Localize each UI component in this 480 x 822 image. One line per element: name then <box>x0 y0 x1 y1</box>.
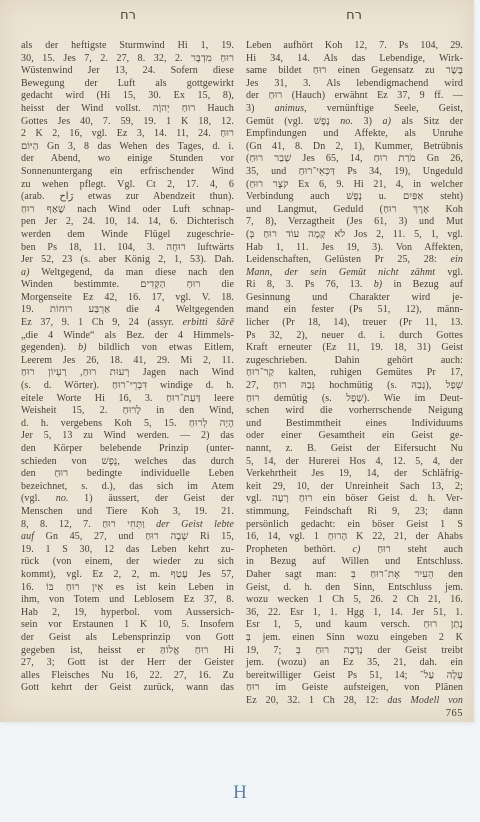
text-line: (vgl. no. 1) äussert, der Geist der <box>21 493 234 506</box>
text-line: 8, 8. 12, 7. וַתְּחִי רוּחַ der Geist le… <box>21 519 234 532</box>
text-line: mand ein fester (Ps 51, 12), männ- <box>246 304 463 317</box>
text-line: Mann, der sein Gemüt nicht zähmt vgl. <box>246 267 463 280</box>
text-line: Gott kehrt der Geist zurück, wann das <box>21 682 234 695</box>
text-line: Gemüt (vgl. נֶפֶשׁ no. 3) a) als Sitz de… <box>246 116 463 129</box>
text-line: Ez 20, 32. 1 Ch 28, 12: das Modell von <box>246 695 463 708</box>
text-line: Daher sagt man: הֵעִיר אֶת־רוּחַ בְּ den <box>246 569 463 582</box>
text-line: 5, 14, der Hurerei Hos 4, 12. 5, 4, der <box>246 456 463 469</box>
text-line: (Gn 41, 8. Dn 2, 1), Kummer, Betrübnis <box>246 141 463 154</box>
text-line: zu wehen pflegt. Vgl. Ct 2, 17. 4, 6 <box>21 179 234 192</box>
text-line: רְעוּת רוּחַ, רַעְיוֹן רוּחַ Jagen nach … <box>21 367 234 380</box>
text-line: „die 4 Winde“ als Bez. der 4 Himmels- <box>21 330 234 343</box>
text-line: bezeichnet, s. d.), das sich im Atem <box>21 481 234 494</box>
text-line: ben Ps 18, 11. 104, 3. רוּחָה luftwärts <box>21 242 234 255</box>
page-number: 765 <box>246 708 463 721</box>
text-line: הַיּוֹם Gn 3, 8 das Wehen des Tages, d. … <box>21 141 234 154</box>
text-line: רוּחַ im Geiste aufsteigen, von Plänen <box>246 682 463 695</box>
text-line: gegenden). b) bildlich von etwas Eitlem, <box>21 342 234 355</box>
text-line: nannt, z. B. Geist der Eifersucht Nu <box>246 443 463 456</box>
text-line: 35, und דַּכְּאֵי־רוּחַ Ps 34, 19), Unge… <box>246 166 463 179</box>
text-line: heisst der Wind vollst. רוּחַ יְהוָֹה Ha… <box>21 103 234 116</box>
text-line: Menschen und Tiere Koh 3, 19. 21. <box>21 506 234 519</box>
text-line: Gesinnung und Charakter wird je- <box>246 292 463 305</box>
text-line: der רוּחַ (Hauch) erwähnt Ez 37, 9 ff. — <box>246 90 463 103</box>
text-line: same bildet רוּחַ einen Gegensatz zu בָּ… <box>246 65 463 78</box>
section-letter: H <box>0 782 480 804</box>
text-line: Hab 1, 11. Jes 19, 3). Von Affekten, <box>246 242 463 255</box>
text-line: 16. אֵין רוּחַ בּוֹ es ist kein Leben in <box>21 582 234 595</box>
text-line: Weisheit 15, 2. לָרוּחַ in den Wind, <box>21 405 234 418</box>
text-line: 27, 3; Gott ist der Herr der Geister <box>21 657 234 670</box>
text-line: werden dem Winde Flügel zugeschrie- <box>21 229 234 242</box>
text-line: 2 K 2, 16, vgl. Ez 3, 14. 11, 24. רוּחַ <box>21 128 234 141</box>
text-line: Empfindungen und Affekte, als Unruhe <box>246 128 463 141</box>
text-line: 3) animus, vernünftige Seele, Geist, <box>246 103 463 116</box>
text-line: in Bezug auf Willen und Entschluss. <box>246 556 463 569</box>
text-line: Jer 5, 13 zu Wind werden. — 2) das <box>21 430 234 443</box>
text-line: Jer 52, 23 (s. aber König 2, 1, 53). Dah… <box>21 254 234 267</box>
text-line: kommt), vgl. Ez 2, 2, m. עָטַף Jes 57, <box>21 569 234 582</box>
text-line: gegeben ist, heisst er רוּחַ אֱלוֹהַּ Hi <box>21 645 234 658</box>
text-line: licher (Pr 18, 14), treuer (Pr 11, 13. <box>246 317 463 330</box>
text-line: Ri 8, 3. Ps 76, 13. b) in Bezug auf <box>246 279 463 292</box>
text-line: Hi 34, 14. Als das Lebendige, Wirk- <box>246 53 463 66</box>
text-line: Hab 2, 19, hyperbol. vom Aussersich- <box>21 607 234 620</box>
text-line: persönlich gedacht: ein böser Geist 1 S <box>246 519 463 532</box>
text-line: (s. d. Wörter). דִּבְרֵי־רוּחַ windige d… <box>21 380 234 393</box>
text-line: Ps 32, 2), neuer d. i. durch Gottes <box>246 330 463 343</box>
text-line: Verbindung auch נֶפֶשׁ u. אַפַּיִם steht… <box>246 191 463 204</box>
text-column-right: Leben aufhört Koh 12, 7. Ps 104, 29.Hi 3… <box>246 40 463 721</box>
text-line: Gottes Jes 40, 7. 59, 19. 1 K 18, 12. <box>21 116 234 129</box>
text-line: 30, 15. Jes 7, 2. 27, 8. 32, 2. רוּחַ מִ… <box>21 53 234 66</box>
text-line: oder einer Gesamtheit ein Geist ge- <box>246 430 463 443</box>
text-line: d. h. vergebens Koh 5, 15. הָיָה לְרוּחַ <box>21 418 234 431</box>
text-line: Esr 1, 5, und kaum versch. נָתַן רוּחַ <box>246 619 463 632</box>
text-line: Ez 37, 9. 1 Ch 9, 24 (assyr. erbitti šār… <box>21 317 234 330</box>
text-line: Morgenseite Ez 42, 16. 17, vgl. V. 18. <box>21 292 234 305</box>
text-line: (קֹצֶר רוּחַ Ex 6, 9. Hi 21, 4, in welch… <box>246 179 463 192</box>
text-line: rück (von einem, der wieder zu sich <box>21 556 234 569</box>
text-line: (arab. رَاح etwas zur Abendzeit thun). <box>21 191 234 204</box>
text-line: Leerem Jes 26, 18. 41, 29. Mi 2, 11. <box>21 355 234 368</box>
text-line: Verkehrtheit Jes 19, 14, der Schläfrig- <box>246 468 463 481</box>
text-line: שָׁאַף רוּחַ nach Wind oder Luft schnap- <box>21 204 234 217</box>
text-line: zugeschrieben. Dahin gehört auch: <box>246 355 463 368</box>
text-line: קַר־רוּחַ kalten, ruhigen Gemütes Pr 17, <box>246 367 463 380</box>
text-line: wozu wecken 1 Ch 5, 26. 2 Ch 21, 16. <box>246 594 463 607</box>
text-line: a) Weltgegend, da man diese nach den <box>21 267 234 280</box>
text-line: stimmung, Feindschaft Ri 9, 23; dann <box>246 506 463 519</box>
text-line: Geist, d. h. den Sinn, Entschluss jem. <box>246 582 463 595</box>
text-line: keit 29, 10, der Unreinheit Sach 13, 2; <box>246 481 463 494</box>
text-line: Bewegung der Luft als gottgewirkt <box>21 78 234 91</box>
text-line: pen Jer 2, 24. 10, 14. 14, 6. Dichterisc… <box>21 216 234 229</box>
scanned-page: רח רח als der heftigste Sturmwind Hi 1, … <box>0 0 474 722</box>
text-line: 19, 7; נָדְבָה רוּחַ בְּ der Geist treib… <box>246 645 463 658</box>
text-line: den רוּחַ bedingte individuelle Leben <box>21 468 234 481</box>
text-line: jem. (wozu) an Ez 35, 21, dah. ein <box>246 657 463 670</box>
running-head-left: רח <box>22 8 234 26</box>
text-column-left: als der heftigste Sturmwind Hi 1, 19.30,… <box>21 40 234 695</box>
text-line: der Abend, wo einige Stunden vor <box>21 153 234 166</box>
text-line: Winden bestimmte. רוּחַ הַקָּדִים die <box>21 279 234 292</box>
text-line: alles Fleisches Nu 16, 22. 27, 16. Zu <box>21 670 234 683</box>
text-line: auf Gn 45, 27, und שָׁבָה רוּחַ Ri 15, <box>21 531 234 544</box>
text-line: vgl. רוּחַ רָעָה ein böser Geist d. h. V… <box>246 493 463 506</box>
text-line: eitele Worte Hi 16, 3. דַּעַת־רוּחַ leer… <box>21 393 234 406</box>
text-line: Leidenschaften, Gelüsten Pr 25, 28: ein <box>246 254 463 267</box>
text-line: ihm, von Totem und Leblosem Ez 37, 8. <box>21 594 234 607</box>
text-line: רוּחַ demütig (s. שָׁפָל). Wie im Deut- <box>246 393 463 406</box>
text-line: den Körper belebende Prinzip (unter- <box>21 443 234 456</box>
text-line: Leben aufhört Koh 12, 7. Ps 104, 29. <box>246 40 463 53</box>
text-line: 19. אַרְבַּע רוּחוֹת die 4 Weltgegenden <box>21 304 234 317</box>
text-line: (לֹא קָמָה עוֹד רוּחַ בְּ Jos 2, 11. 5, … <box>246 229 463 242</box>
text-line: בְּ jem. einen Sinn wozu eingeben 2 K <box>246 632 463 645</box>
text-line: 36, 22. Esr 1, 1. Hgg 1, 14. Jer 51, 1. <box>246 607 463 620</box>
text-line: Kraft erneuter (Ez 11, 19. 18, 31) Geist <box>246 342 463 355</box>
text-line: schen wird die vorherrschende Neigung <box>246 405 463 418</box>
text-line: 27, גְּבַהּ רוּחַ hochmütig (s. גָּבַהּ)… <box>246 380 463 393</box>
text-line: und Langmut, Geduld (אֶרֶךְ רוּחַ Koh <box>246 204 463 217</box>
text-line: bereitwilliger Geist Ps 51, 14; עָלָה עַ… <box>246 670 463 683</box>
text-line: Propheten bethört. c) רוּחַ steht auch <box>246 544 463 557</box>
text-line: und Bestimmtheit eines Individuums <box>246 418 463 431</box>
text-line: 7, 8), Verzagtheit (Jes 61, 3) und Mut <box>246 216 463 229</box>
text-line: der Geist als Lebensprinzip von Gott <box>21 632 234 645</box>
text-line: gedacht wird (Hi 15, 30. Ex 15, 8), <box>21 90 234 103</box>
text-line: schieden von נֶפֶשׁ, welches das durch <box>21 456 234 469</box>
text-line: Sonnenuntergang ein erfrischender Wind <box>21 166 234 179</box>
running-head-right: רח <box>246 8 462 26</box>
text-line: 16, 14, vgl. הָרוּחַ 1 K 22, 21, der Aha… <box>246 531 463 544</box>
text-line: 19. 1 S 30, 12 das Leben kehrt zu- <box>21 544 234 557</box>
text-line: (שְׁבַר רוּחַ Jes 65, 14, מֹרַת רוּחַ Gn… <box>246 153 463 166</box>
text-line: Wüstenwind Jer 13, 24. Sofern diese <box>21 65 234 78</box>
text-line: sein vor Erstaunen 1 K 10, 5. Insofern <box>21 619 234 632</box>
text-line: als der heftigste Sturmwind Hi 1, 19. <box>21 40 234 53</box>
text-line: Jes 31, 3. Als lebendigmachend wird <box>246 78 463 91</box>
